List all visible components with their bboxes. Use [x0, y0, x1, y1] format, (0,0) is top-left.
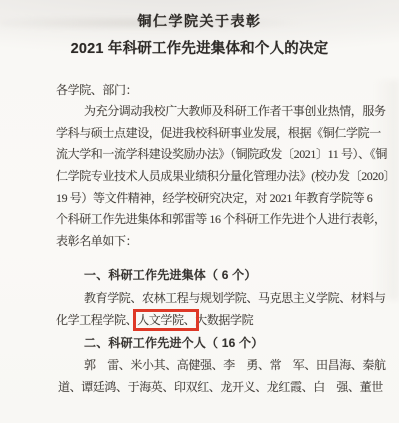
collectives-line2-before: 化学工程学院、 — [56, 313, 137, 327]
intro-line-7: 表彰名单如下： — [56, 233, 137, 249]
intro-line-3: 流大学和一流学科建设奖励办法》（铜院政发〔2021〕11 号）、《铜 — [56, 146, 387, 162]
highlight-annotation-box: 人文学院、 — [137, 313, 195, 327]
intro-line-6: 个科研工作先进集体和郭雷等 16 个科研工作先进个人进行表彰， — [56, 211, 386, 227]
intro-line-2: 学科与硕士点建设，促进我校科研事业发展，根据《铜仁学院一 — [56, 125, 381, 141]
document-title-line1: 铜仁学院关于表彰 — [0, 11, 399, 31]
salutation: 各学院、部门： — [56, 82, 137, 98]
document-title-line2: 2021 年科研工作先进集体和个人的决定 — [0, 37, 399, 58]
individuals-line-1: 郭 雷、米小其、高健强、李 勇、常 军、田昌海、秦航 — [84, 357, 386, 373]
intro-line-1: 为充分调动我校广大教师及科研工作者干事创业热情，服务 — [84, 103, 386, 119]
individuals-line-2: 道、谭廷鸿、于海英、印双红、龙开义、龙红霞、白 强、董世 — [58, 379, 383, 395]
intro-line-5: 19 号）等文件精神，经学校研究决定，对 2021 年教育学院等 6 — [56, 190, 372, 206]
collectives-line-1: 教育学院、农林工程与规划学院、马克思主义学院、材料与 — [84, 290, 386, 306]
scanned-document-page: 铜仁学院关于表彰 2021 年科研工作先进集体和个人的决定 各学院、部门： 为充… — [0, 0, 399, 423]
intro-line-4: 仁学院专业技术人员成果业绩积分量化管理办法》(校办发〔2020〕 — [56, 168, 395, 184]
collectives-line-2: 化学工程学院、人文学院、大数据学院 — [56, 312, 253, 328]
section-heading-individuals: 二、科研工作先进个人（ 16 个） — [84, 335, 263, 351]
section-heading-collectives: 一、科研工作先进集体（ 6 个） — [84, 267, 257, 283]
collectives-line2-after: 大数据学院 — [195, 313, 253, 327]
